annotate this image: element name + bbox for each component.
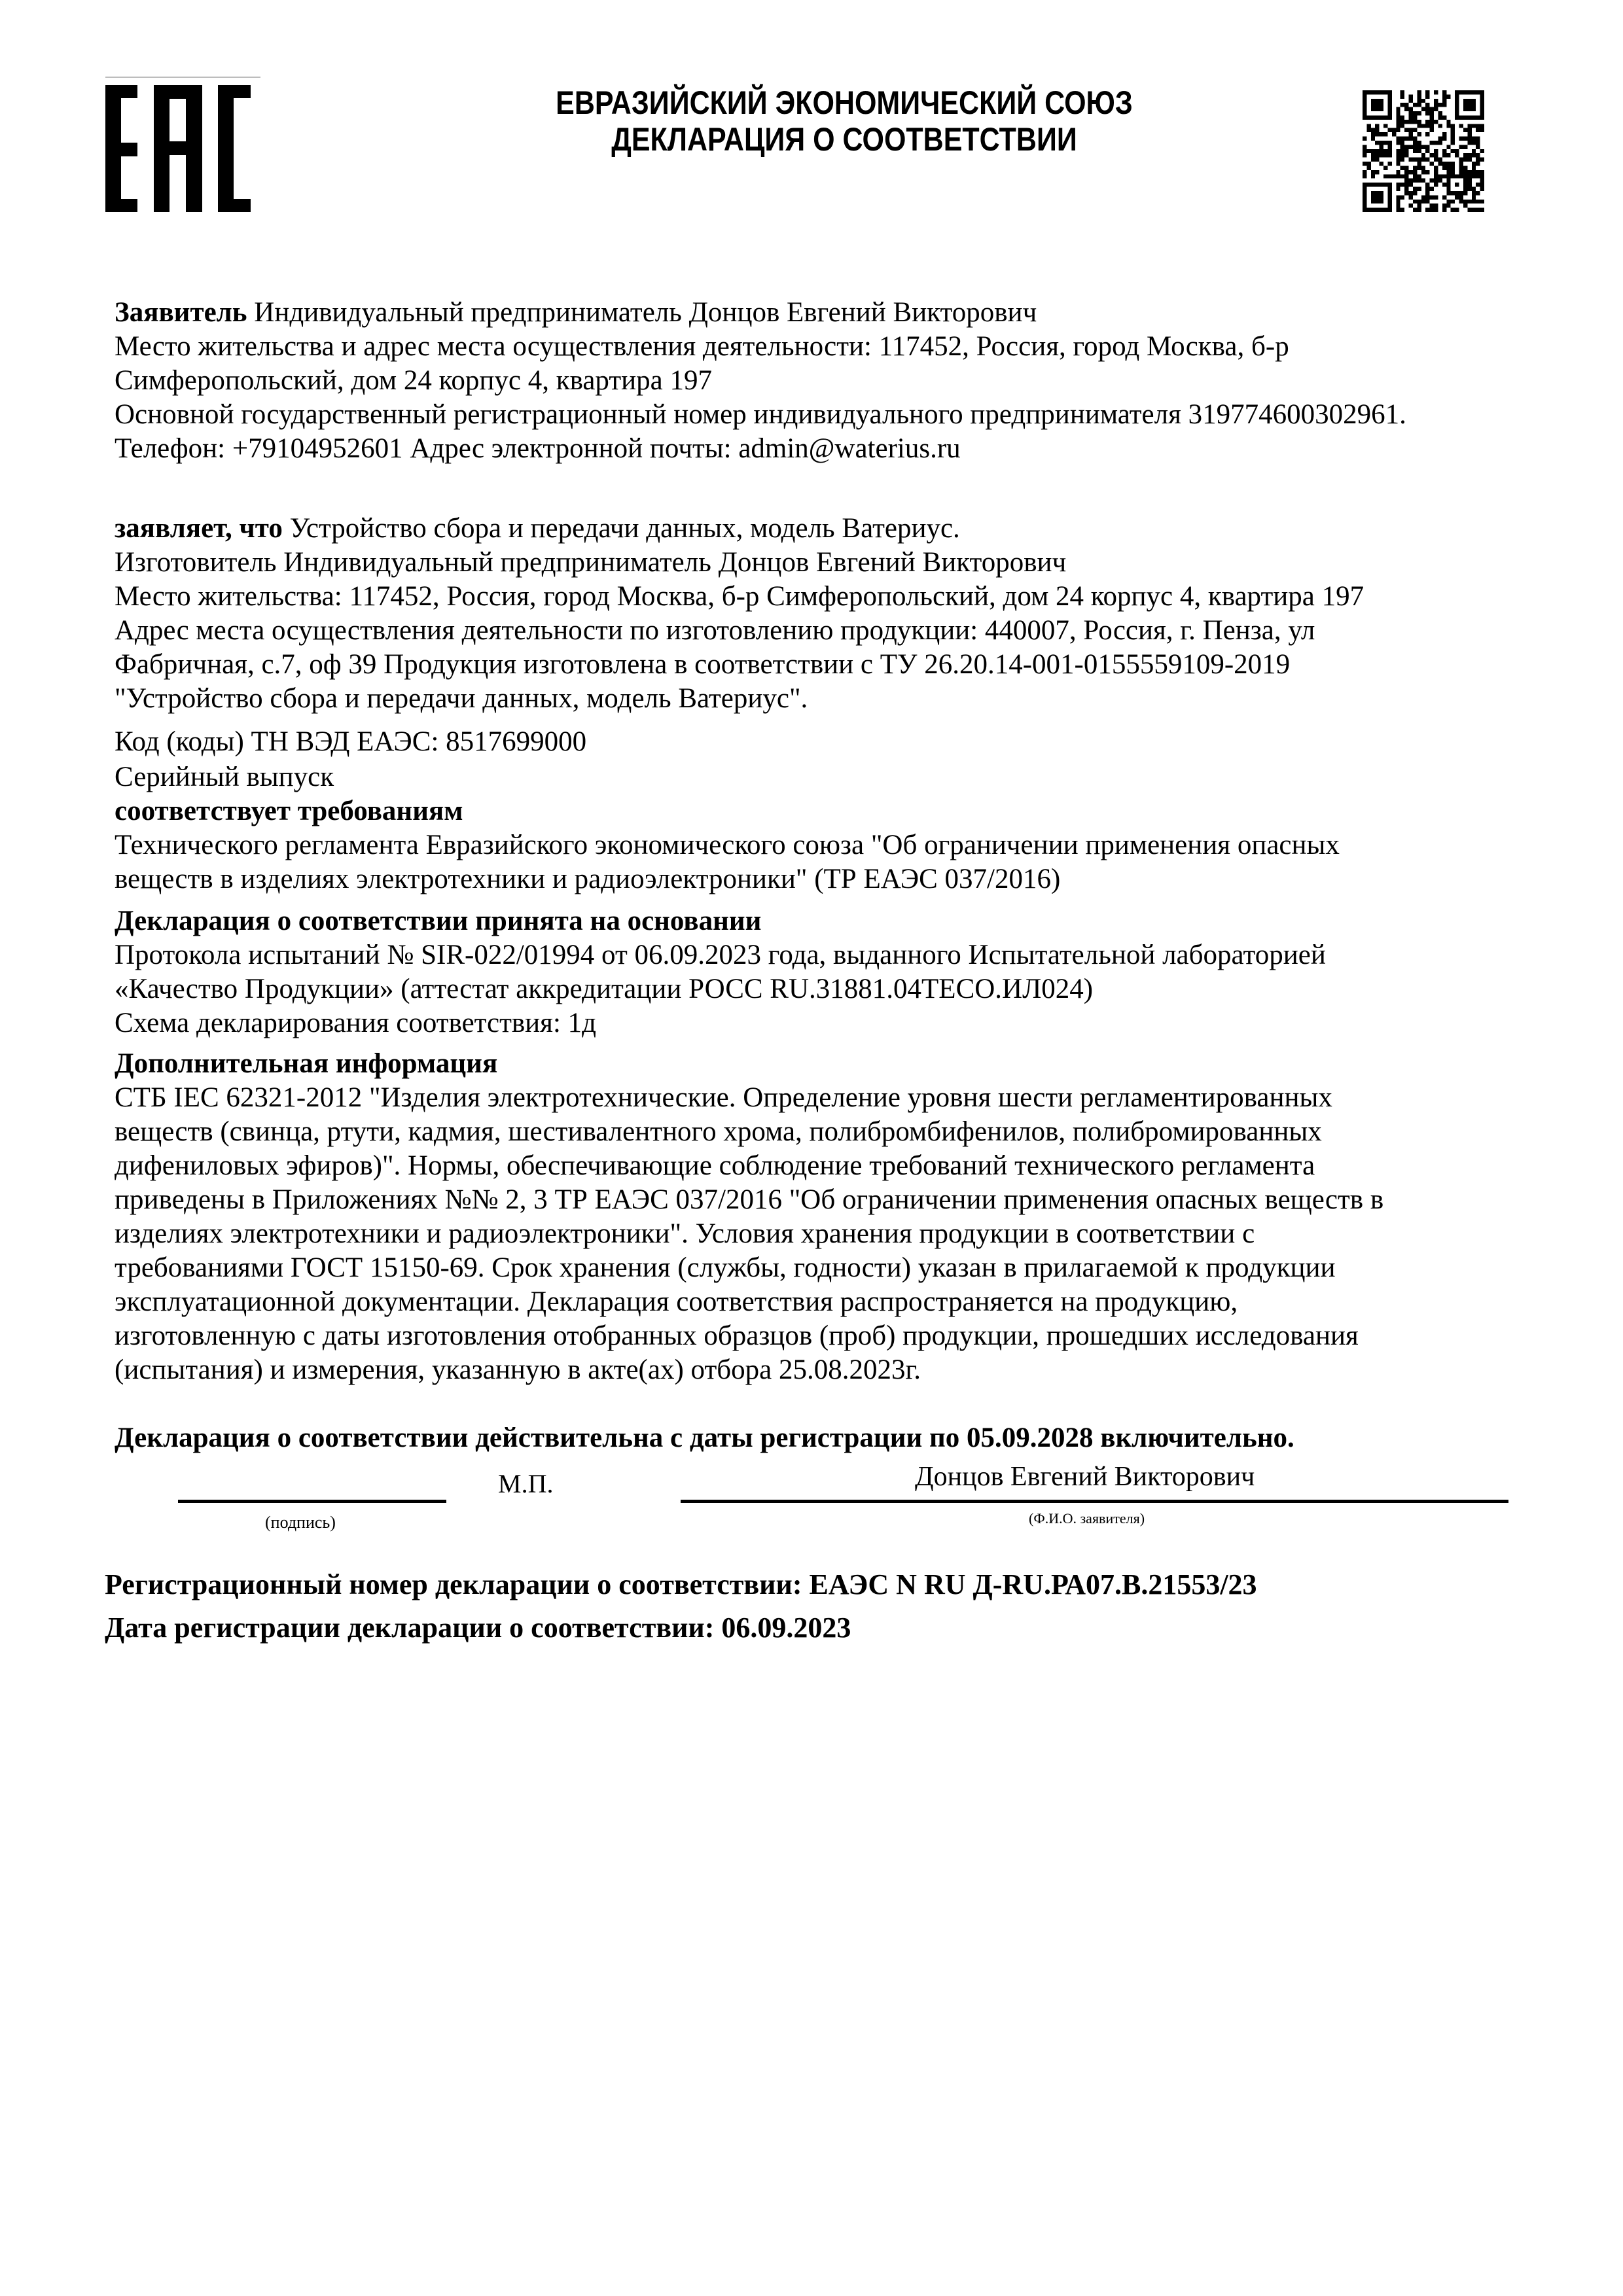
- name-line: [681, 1500, 1508, 1503]
- additional-line: изготовленную с даты изготовления отобра…: [115, 1319, 1359, 1353]
- requirements-line1: Технического регламента Евразийского эко…: [115, 828, 1340, 862]
- production-address-line1: Адрес места осуществления деятельности п…: [115, 614, 1315, 648]
- basis-heading: Декларация о соответствии принята на осн…: [115, 904, 761, 938]
- name-caption: (Ф.И.О. заявителя): [1029, 1509, 1145, 1528]
- declares-line: заявляет, что Устройство сбора и передач…: [115, 512, 960, 546]
- stamp-label: М.П.: [498, 1469, 553, 1499]
- manufacturer: Изготовитель Индивидуальный предпринимат…: [115, 546, 1066, 580]
- logo-top-rule: [105, 77, 260, 78]
- tn-ved-code: Код (коды) ТН ВЭД ЕАЭС: 8517699000: [115, 725, 586, 759]
- registration-date: Дата регистрации декларации о соответств…: [105, 1611, 851, 1645]
- applicant-address-line2: Симферопольский, дом 24 корпус 4, кварти…: [115, 364, 712, 398]
- applicant-label: Заявитель: [115, 297, 247, 328]
- signature-caption: (подпись): [265, 1513, 336, 1532]
- product-name: Устройство сбора и передачи данных, моде…: [283, 513, 960, 544]
- signer-name: Донцов Евгений Викторович: [915, 1460, 1255, 1493]
- header-union-title: ЕВРАЗИЙСКИЙ ЭКОНОМИЧЕСКИЙ СОЮЗ: [433, 84, 1255, 122]
- additional-line: (испытания) и измерения, указанную в акт…: [115, 1353, 921, 1387]
- basis-line2: «Качество Продукции» (аттестат аккредита…: [115, 972, 1093, 1006]
- requirements-heading: соответствует требованиям: [115, 794, 463, 828]
- manufacturer-residence: Место жительства: 117452, Россия, город …: [115, 580, 1364, 614]
- additional-line: веществ (свинца, ртути, кадмия, шестивал…: [115, 1115, 1322, 1149]
- release-type: Серийный выпуск: [115, 760, 334, 794]
- signature-line: [178, 1500, 446, 1503]
- applicant-name: Индивидуальный предприниматель Донцов Ев…: [247, 297, 1037, 328]
- production-address-line3: "Устройство сбора и передачи данных, мод…: [115, 682, 808, 716]
- basis-line1: Протокола испытаний № SIR-022/01994 от 0…: [115, 938, 1326, 972]
- applicant-contacts: Телефон: +79104952601 Адрес электронной …: [115, 432, 961, 466]
- production-address-line2: Фабричная, с.7, оф 39 Продукция изготовл…: [115, 648, 1290, 682]
- registration-number: Регистрационный номер декларации о соотв…: [105, 1568, 1257, 1602]
- additional-line: СТБ IEC 62321-2012 "Изделия электротехни…: [115, 1081, 1332, 1115]
- header-document-title: ДЕКЛАРАЦИЯ О СООТВЕТСТВИИ: [433, 120, 1255, 158]
- additional-line: эксплуатационной документации. Деклараци…: [115, 1285, 1238, 1319]
- applicant-address-line1: Место жительства и адрес места осуществл…: [115, 330, 1289, 364]
- additional-line: требованиями ГОСТ 15150-69. Срок хранени…: [115, 1251, 1336, 1285]
- declares-label: заявляет, что: [115, 513, 283, 544]
- additional-line: дифениловых эфиров)". Нормы, обеспечиваю…: [115, 1149, 1315, 1183]
- additional-line: изделиях электротехники и радиоэлектрони…: [115, 1217, 1255, 1251]
- additional-line: приведены в Приложениях №№ 2, 3 ТР ЕАЭС …: [115, 1183, 1383, 1217]
- eac-logo-icon: [105, 85, 253, 212]
- applicant-ogrnip: Основной государственный регистрационный…: [115, 398, 1406, 432]
- additional-heading: Дополнительная информация: [115, 1047, 497, 1081]
- qr-code-icon: [1363, 90, 1484, 212]
- requirements-line2: веществ в изделиях электротехники и ради…: [115, 862, 1060, 896]
- applicant-line: Заявитель Индивидуальный предприниматель…: [115, 296, 1037, 330]
- declaration-page: ЕВРАЗИЙСКИЙ ЭКОНОМИЧЕСКИЙ СОЮЗ ДЕКЛАРАЦИ…: [0, 0, 1623, 2296]
- validity-statement: Декларация о соответствии действительна …: [115, 1421, 1294, 1455]
- declaration-scheme: Схема декларирования соответствия: 1д: [115, 1006, 596, 1040]
